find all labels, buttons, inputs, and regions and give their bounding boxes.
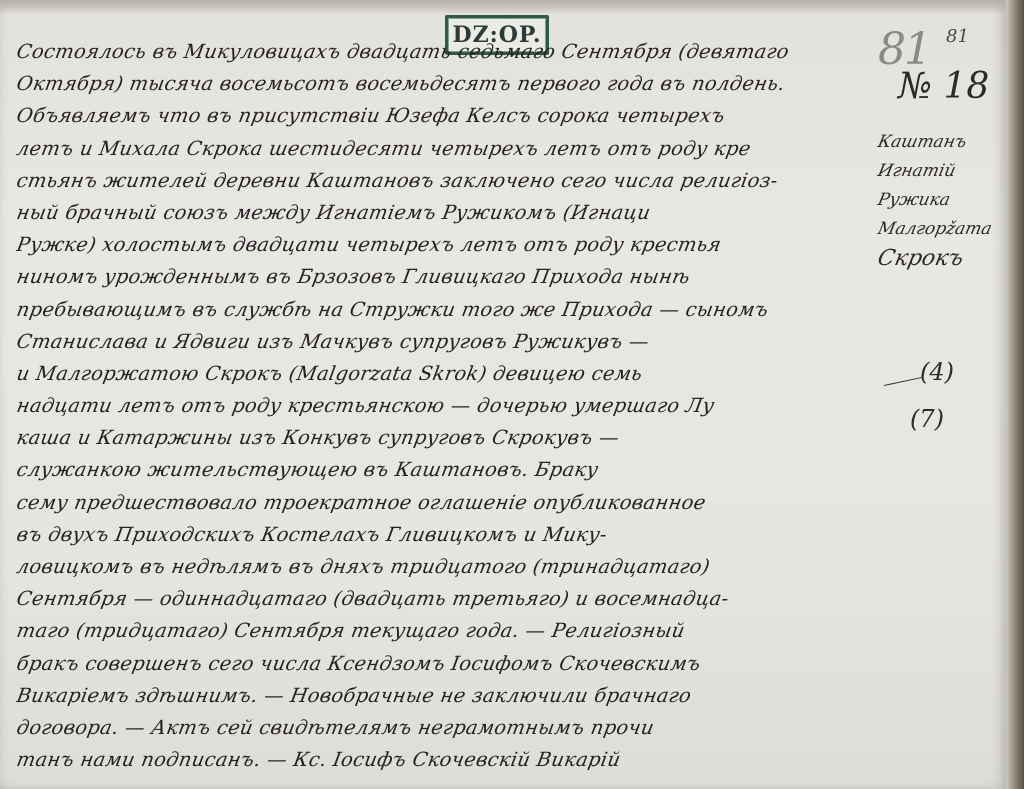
margin-stroke: [884, 377, 923, 386]
text-line: летъ и Михала Скрока шестидесяти четырех…: [14, 133, 892, 165]
book-spine-edge: [1006, 0, 1024, 789]
text-line: служанкою жительствующею въ Каштановъ. Б…: [14, 454, 892, 486]
margin-note-bride-age: (7): [910, 405, 944, 433]
text-line: Викаріемъ здѣшнимъ. — Новобрачные не зак…: [14, 680, 892, 712]
text-line: пребывающимъ въ службѣ на Стрyжки того ж…: [14, 294, 892, 326]
text-line: танъ нами подписанъ. — Кс. Іосифъ Скочев…: [14, 744, 892, 776]
text-line: сему предшествовало троекратное оглашені…: [14, 487, 892, 519]
margin-name-bride-last: Скрокъ: [875, 244, 1006, 273]
text-line: Октября) тысяча восемьсотъ восемьдесятъ …: [14, 68, 892, 100]
margin-name-groom-first: Игнатій: [875, 157, 1006, 186]
text-line: ный брачный союзъ между Игнатіемъ Ружико…: [14, 197, 892, 229]
margin-name-village: Каштанъ: [875, 128, 1006, 157]
text-line: каша и Катаржины изъ Конкувъ супруговъ С…: [14, 422, 892, 454]
text-line: Станислава и Ядвиги изъ Мачкувъ супругов…: [14, 326, 892, 358]
margin-name-groom-last: Ружика: [875, 186, 1006, 215]
text-line: договора. — Актъ сей свидѣтелямъ неграмо…: [14, 712, 892, 744]
text-line: надцати летъ отъ роду крестьянскою — доч…: [14, 390, 892, 422]
folio-number-ink: 81: [946, 26, 969, 47]
text-line: Объявляемъ что въ присутствіи Юзефа Келс…: [14, 100, 892, 132]
text-line: ниномъ урожденнымъ въ Брзозовъ Гливицкаг…: [14, 261, 892, 293]
text-line: Состоялось въ Микуловицахъ двадцать седь…: [14, 36, 892, 68]
margin-names: Каштанъ Игнатій Ружика Малгорžата Скрокъ: [878, 128, 1006, 273]
text-line: Ружке) холостымъ двадцати четырехъ летъ …: [14, 229, 892, 261]
text-line: и Малгоржатою Скрокъ (Malgorzata Skrok) …: [14, 358, 892, 390]
text-line: стьянъ жителей деревни Каштановъ заключе…: [14, 165, 892, 197]
text-line: таго (тридцатаго) Сентября текущаго года…: [14, 615, 892, 647]
text-line: въ двухъ Приходскихъ Костелахъ Гливицком…: [14, 519, 892, 551]
text-line: ловицкомъ въ недѣлямъ въ дняхъ тридцатог…: [14, 551, 892, 583]
text-line: Сентября — одиннадцатаго (двадцать треть…: [14, 583, 892, 615]
margin-note-groom-age: (4): [920, 358, 954, 386]
record-number: № 18: [898, 66, 989, 107]
register-page: DZ:OP. 81 81 № 18 Каштанъ Игнатій Ружика…: [0, 0, 1006, 789]
text-line: бракъ совершенъ сего числа Ксендзомъ Іос…: [14, 648, 892, 680]
margin-name-bride-first: Малгорžата: [875, 215, 1006, 244]
record-text: Состоялось въ Микуловицахъ двадцать седь…: [14, 36, 886, 776]
